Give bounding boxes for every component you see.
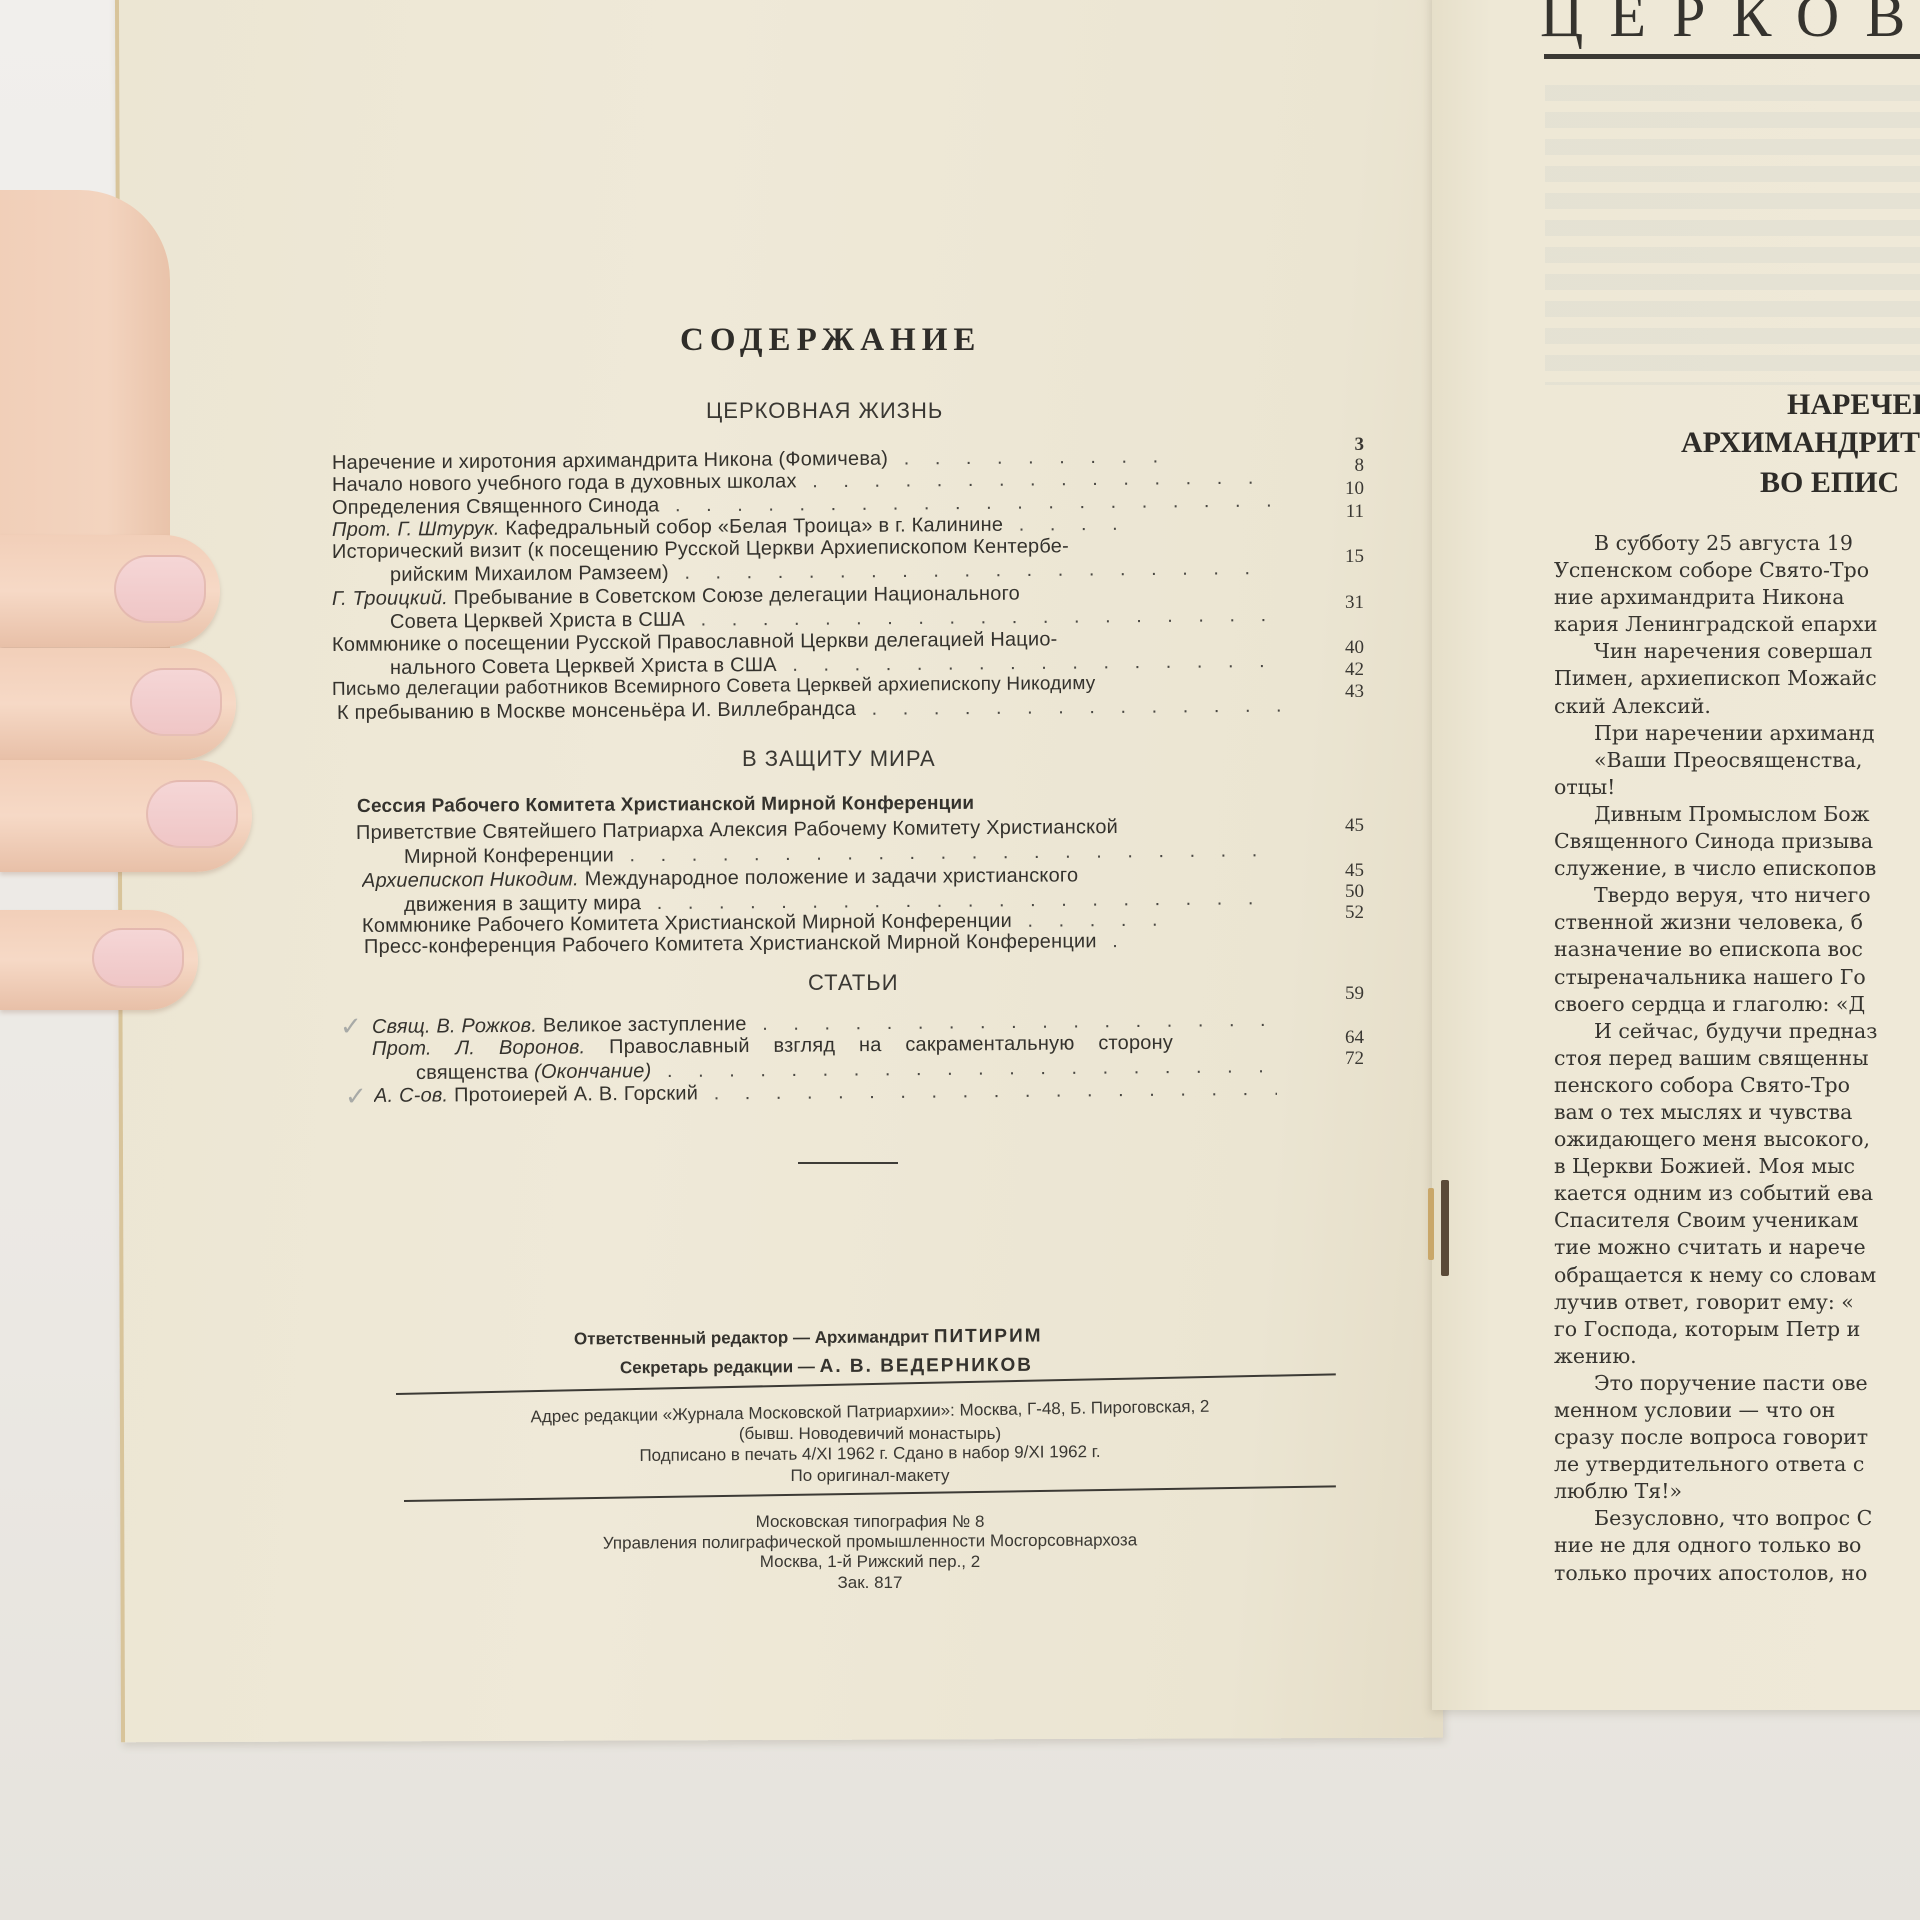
fingernail [146, 780, 238, 848]
page-number: 15 [1316, 546, 1364, 568]
page-number: 64 [1316, 1027, 1364, 1049]
section-heading-peace: В ЗАЩИТУ МИРА [742, 746, 936, 772]
leader-dots: . . . . . . . . . [888, 445, 1168, 469]
body-line: ский Алексий. [1554, 693, 1920, 720]
hand [0, 190, 300, 1050]
body-line: го Господа, которым Петр и [1554, 1316, 1920, 1343]
body-line: В субботу 25 августа 19 [1554, 530, 1920, 557]
toc-entry-text: Приветствие Святейшего Патриарха Алексия… [356, 816, 1118, 844]
article-title-line: ВО ЕПИС [1760, 466, 1899, 500]
body-line: ственной жизни человека, б [1554, 909, 1920, 936]
body-line: кается одним из событий ева [1554, 1180, 1920, 1207]
leader-dots: . . . . . . . . . . . . . . . . . [797, 467, 1277, 493]
order-number: Зак. 817 [398, 1573, 1342, 1593]
toc-title: СОДЕРЖАНИЕ [680, 322, 981, 359]
body-line: отцы! [1554, 774, 1920, 801]
body-line: люблю Тя!» [1554, 1478, 1920, 1505]
body-line: И сейчас, будучи предназ [1554, 1018, 1920, 1045]
body-line: Твердо веруя, что ничего [1554, 882, 1920, 909]
toc-entry-text: Пребывание в Советском Союзе делегации Н… [454, 583, 1020, 609]
body-line: назначение во епископа вос [1554, 936, 1920, 963]
body-line: Спасителя Своим ученикам [1554, 1207, 1920, 1234]
body-line: жению. [1554, 1343, 1920, 1370]
toc-entry-text: Православный взгляд на сакраментальную с… [609, 1032, 1173, 1058]
secretary-label: Секретарь редакции — [620, 1357, 815, 1377]
body-line: Успенском соборе Свято-Тро [1554, 557, 1920, 584]
body-line: Священного Синода призыва [1554, 828, 1920, 855]
page-number: 10 [1316, 478, 1364, 500]
toc-entry-text: Международное положение и задачи христиа… [585, 864, 1079, 890]
secretary-name: А. В. ВЕДЕРНИКОВ [820, 1355, 1033, 1377]
toc-entry-text: Совета Церквей Христа в США [390, 609, 685, 633]
middle-finger [0, 648, 236, 760]
body-line: ние архимандрита Никона [1554, 584, 1920, 611]
body-line: Дивным Промыслом Бож [1554, 801, 1920, 828]
leader-dots: . . . . [1003, 513, 1128, 536]
leader-dots: . . . . . . . . . . . . . . . . . . . . … [614, 839, 1277, 866]
page-number: 59 [1316, 983, 1364, 1005]
body-line: Безусловно, что вопрос С [1554, 1505, 1920, 1532]
toc-entry-text: Протоиерей А. В. Горский [454, 1082, 698, 1106]
body-line: кария Ленинградской епархи [1554, 611, 1920, 638]
leader-dots: . . . . . . . . . . . . . . . . . . . . [856, 695, 1282, 720]
leader-dots: . [1097, 930, 1128, 952]
toc-entry-text: Великое заступление [543, 1013, 747, 1037]
body-line: Чин наречения совершал [1554, 638, 1920, 665]
body-line: менном условии — что он [1554, 1397, 1920, 1424]
body-line: в Церкви Божией. Моя мыс [1554, 1153, 1920, 1180]
editor-label: Ответственный редактор — Архимандрит [574, 1327, 929, 1348]
body-line: Это поручение пасти ове [1554, 1370, 1920, 1397]
toc-entry-author: Прот. Г. Штурук. [332, 518, 500, 541]
body-line: Пимен, архиепископ Можайс [1554, 665, 1920, 692]
fingernail [130, 668, 222, 736]
body-line: «Ваши Преосвященства, [1554, 747, 1920, 774]
article-title-line: АРХИМАНДРИТ [1681, 426, 1920, 460]
body-line: сразу после вопроса говорит [1554, 1424, 1920, 1451]
staple [1441, 1180, 1449, 1276]
body-line: стыреначальника нашего Го [1554, 964, 1920, 991]
fingernail [114, 555, 206, 623]
little-finger [0, 910, 198, 1010]
page-number: 8 [1316, 455, 1364, 477]
toc-entry-text: К пребыванию в Москве монсеньёра И. Вилл… [337, 698, 856, 724]
page-number: 43 [1316, 681, 1364, 703]
body-line: служение, в число епископов [1554, 855, 1920, 882]
body-line: ле утвердительного ответа с [1554, 1451, 1920, 1478]
secretary-credit: Секретарь редакции — А. В. ВЕДЕРНИКОВ [620, 1355, 1033, 1380]
toc-entry-text: Начало нового учебного года в духовных ш… [332, 470, 797, 496]
body-line: своего сердца и глаголю: «Д [1554, 991, 1920, 1018]
body-line: только прочих апостолов, но [1554, 1560, 1920, 1587]
toc-entry-text: Мирной Конференции [404, 844, 614, 868]
page-number: 50 [1316, 881, 1364, 903]
toc-entry-note: (Окончание) [534, 1060, 652, 1083]
page-number: 31 [1316, 592, 1364, 614]
body-line: ние не для одного только во [1554, 1532, 1920, 1559]
fingernail [92, 928, 184, 988]
printer-address: Москва, 1-й Рижский пер., 2 [398, 1552, 1342, 1572]
leader-dots: . . . . . . . . . . . . . . . . . . . . … [669, 557, 1277, 584]
toc-entry-author: Г. Троицкий. [332, 587, 448, 610]
leader-dots: . . . . . [1012, 909, 1168, 932]
body-line: При наречении архиманд [1554, 720, 1920, 747]
body-line: вам о тех мыслях и чувства [1554, 1099, 1920, 1126]
page-number: 40 [1316, 637, 1364, 659]
article-body: В субботу 25 августа 19 Успенском соборе… [1554, 530, 1920, 1587]
toc-entry-author: Архиепископ Никодим. [362, 868, 579, 892]
editor-name: ПИТИРИМ [934, 1326, 1043, 1348]
header-rule [1544, 54, 1920, 59]
body-line: лучив ответ, говорит ему: « [1554, 1289, 1920, 1316]
toc-entry-text: рийским Михаилом Рамзеем) [390, 562, 669, 586]
body-line: обращается к нему со словам [1554, 1262, 1920, 1289]
page-number: 42 [1316, 659, 1364, 681]
body-line: ожидающего меня высокого, [1554, 1126, 1920, 1153]
toc-entry-text: Пресс-конференция Рабочего Комитета Хрис… [364, 930, 1097, 958]
staple-shadow [1428, 1188, 1434, 1260]
section-heading-articles: СТАТЬИ [808, 970, 899, 996]
toc-entry-author: А. С-ов. [374, 1084, 448, 1107]
page-number: 3 [1316, 434, 1364, 456]
page-number: 52 [1316, 902, 1364, 924]
divider [798, 1162, 898, 1164]
running-header: ЦЕРКОВ [1540, 0, 1920, 51]
leader-dots: . . . . . . . . . . . . . . . . . . . . … [698, 1078, 1277, 1105]
check-mark-icon: ✓ [340, 1012, 362, 1042]
page-number: 11 [1316, 501, 1364, 523]
toc-entry-text: Определения Священного Синода [332, 494, 660, 519]
show-through-text [1545, 85, 1920, 385]
body-line: тие можно считать и нарече [1554, 1234, 1920, 1261]
section-heading-church-life: ЦЕРКОВНАЯ ЖИЗНЬ [706, 398, 943, 424]
page-number: 45 [1316, 815, 1364, 837]
toc-entry-author: Свящ. В. Рожков. [372, 1015, 537, 1038]
page-number: 72 [1316, 1048, 1364, 1070]
page-number: 45 [1316, 860, 1364, 882]
layout-note: По оригинал-макету [398, 1466, 1342, 1486]
index-finger [0, 535, 220, 647]
body-line: пенского собора Свято-Тро [1554, 1072, 1920, 1099]
body-line: стоя перед вашим священны [1554, 1045, 1920, 1072]
ring-finger [0, 760, 252, 872]
check-mark-icon: ✓ [345, 1082, 367, 1112]
article-title-line: НАРЕЧЕН [1787, 388, 1920, 422]
toc-entry-text: священства [416, 1061, 528, 1084]
editor-credit: Ответственный редактор — Архимандрит ПИТ… [574, 1326, 1043, 1351]
toc-entry-author: Прот. Л. Воронов. [372, 1036, 586, 1060]
